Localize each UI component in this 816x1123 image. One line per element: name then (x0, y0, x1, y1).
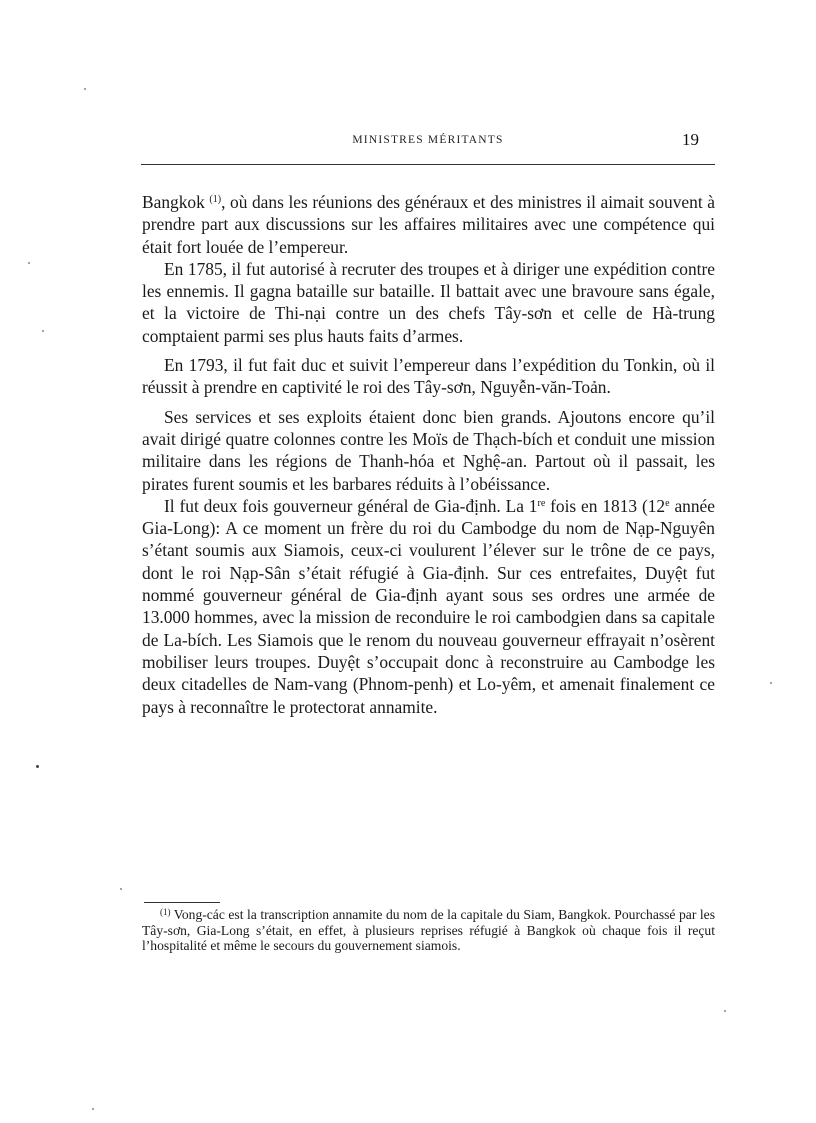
scan-speck (120, 888, 122, 890)
header-rule (141, 164, 715, 165)
scan-speck (92, 1108, 94, 1110)
paragraph-4: Ses services et ses exploits étaient don… (142, 406, 715, 495)
paragraph-text: année Gia-Long): A ce moment un frère du… (142, 496, 715, 717)
paragraph-text: fois en 1813 (12 (545, 496, 665, 516)
paragraph-text: , où dans les réunions des généraux et d… (142, 192, 715, 257)
scan-speck (84, 88, 86, 90)
footnote-rule (144, 902, 220, 903)
running-title: MINISTRES MÉRITANTS (141, 134, 715, 146)
scan-speck (36, 765, 39, 768)
scan-speck (28, 262, 30, 264)
paragraph-2: En 1785, il fut autorisé à recruter des … (142, 258, 715, 347)
footnote-marker: (1) (160, 907, 171, 917)
paragraph-text: Il fut deux fois gouverneur général de G… (164, 496, 537, 516)
footnote-text: Vong-các est la transcription annamite d… (142, 907, 715, 953)
book-page: MINISTRES MÉRITANTS 19 Bangkok (1), où d… (0, 0, 816, 1123)
footnote: (1) Vong-các est la transcription annami… (142, 907, 715, 954)
footnote-paragraph: (1) Vong-các est la transcription annami… (142, 907, 715, 954)
paragraph-3: En 1793, il fut fait duc et suivit l’emp… (142, 354, 715, 399)
page-number: 19 (682, 130, 699, 150)
footnote-reference: (1) (209, 194, 221, 205)
scan-speck (770, 682, 772, 684)
body-text: Bangkok (1), où dans les réunions des gé… (142, 191, 715, 718)
scan-speck (42, 330, 44, 332)
scan-speck (724, 1010, 726, 1012)
paragraph-5: Il fut deux fois gouverneur général de G… (142, 495, 715, 718)
running-header: MINISTRES MÉRITANTS 19 (141, 130, 715, 154)
paragraph-text: Bangkok (142, 192, 209, 212)
paragraph-1: Bangkok (1), où dans les réunions des gé… (142, 191, 715, 258)
